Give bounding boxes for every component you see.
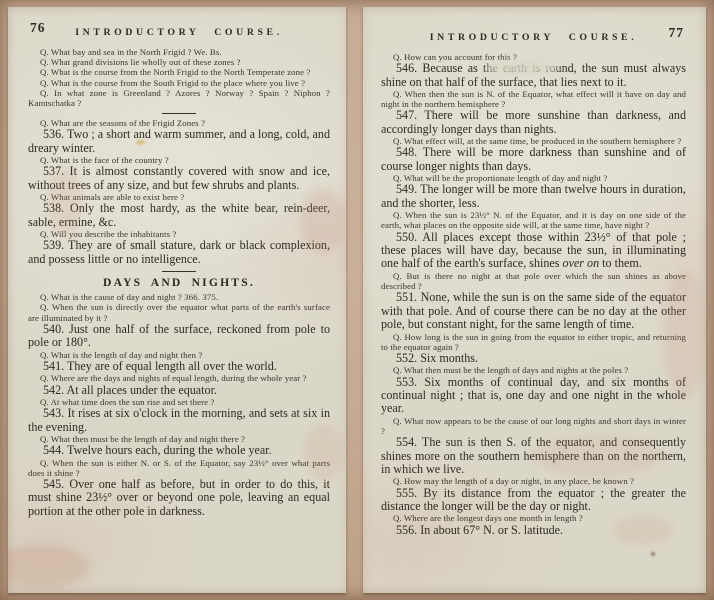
page-number-left: 76 <box>30 20 46 36</box>
question-text: Q. What now appears to be the cause of o… <box>381 416 686 436</box>
answer-text: 545. Over one half as before, but in ord… <box>28 478 330 518</box>
question-text: Q. What is the course from the North Fri… <box>28 67 330 77</box>
answer-text: 552. Six months. <box>381 352 686 365</box>
answer-text: 548. There will be more darkness than su… <box>381 146 686 173</box>
question-text: Q. Where are the days and nights of equa… <box>28 373 330 383</box>
section-divider <box>162 271 196 272</box>
section-divider <box>162 113 196 114</box>
page-header-left: 76 INTRODUCTORY COURSE. <box>28 22 330 40</box>
question-text: Q. In what zone is Greenland ? Azores ? … <box>28 88 330 108</box>
page-body-right: Q. How can you account for this ?546. Be… <box>381 52 686 537</box>
answer-text: 550. All places except those within 23½°… <box>381 231 686 271</box>
answer-text: 555. By its distance from the equator ; … <box>381 487 686 514</box>
answer-text: 549. The longer will be more than twelve… <box>381 183 686 210</box>
question-text: Q. When then the sun is N. of the Equato… <box>381 89 686 109</box>
answer-text: 540. Just one half of the surface, recko… <box>28 323 330 350</box>
question-text: Q. When the sun is either N. or S. of th… <box>28 458 330 478</box>
answer-text: 556. In about 67° N. or S. latitude. <box>381 524 686 537</box>
question-text: Q. When the sun is directly over the equ… <box>28 302 330 322</box>
question-text: Q. When the sun is 23½° N. of the Equato… <box>381 210 686 230</box>
page-76: 76 INTRODUCTORY COURSE. Q. What bay and … <box>8 7 346 593</box>
question-text: Q. How long is the sun in going from the… <box>381 332 686 352</box>
running-title-right: INTRODUCTORY COURSE. <box>430 32 638 43</box>
question-text: Q. What is the cause of day and night ? … <box>28 292 330 302</box>
question-text: Q. What is the course from the South Fri… <box>28 78 330 88</box>
page-body-left: Q. What bay and sea in the North Frigid … <box>28 47 330 518</box>
answer-text: 537. It is almost constantly covered wit… <box>28 165 330 192</box>
answer-text: 551. None, while the sun is on the same … <box>381 291 686 331</box>
answer-text: 544. Twelve hours each, during the whole… <box>28 444 330 457</box>
question-text: Q. But is there no night at that pole ov… <box>381 271 686 291</box>
page-header-right: INTRODUCTORY COURSE. 77 <box>381 27 686 45</box>
answer-text: 553. Six months of continual day, and si… <box>381 376 686 416</box>
question-text: Q. What grand divisions lie wholly out o… <box>28 57 330 67</box>
answer-text: 538. Only the most hardy, as the white b… <box>28 202 330 229</box>
text-run: to them. <box>599 256 642 270</box>
answer-text: 554. The sun is then S. of the equator, … <box>381 436 686 476</box>
italic-phrase: over on <box>563 256 600 270</box>
answer-text: 536. Two ; a short and warm summer, and … <box>28 128 330 155</box>
answer-text: 539. They are of small stature, dark or … <box>28 239 330 266</box>
running-title-left: INTRODUCTORY COURSE. <box>75 27 283 38</box>
paper-stain <box>8 545 90 589</box>
page-number-right: 77 <box>669 25 685 41</box>
section-heading: DAYS AND NIGHTS. <box>28 276 330 289</box>
paper-stain <box>651 552 655 556</box>
answer-text: 543. It rises at six o'clock in the morn… <box>28 407 330 434</box>
answer-text: 547. There will be more sunshine than da… <box>381 109 686 136</box>
answer-text: 546. Because as the earth is round, the … <box>381 62 686 89</box>
page-77: INTRODUCTORY COURSE. 77 Q. How can you a… <box>363 7 706 593</box>
answer-text: 541. They are of equal length all over t… <box>28 360 330 373</box>
question-text: Q. What then must be the length of days … <box>381 365 686 375</box>
question-text: Q. What bay and sea in the North Frigid … <box>28 47 330 57</box>
book-scan: 76 INTRODUCTORY COURSE. Q. What bay and … <box>0 0 714 600</box>
answer-text: 542. At all places under the equator. <box>28 384 330 397</box>
